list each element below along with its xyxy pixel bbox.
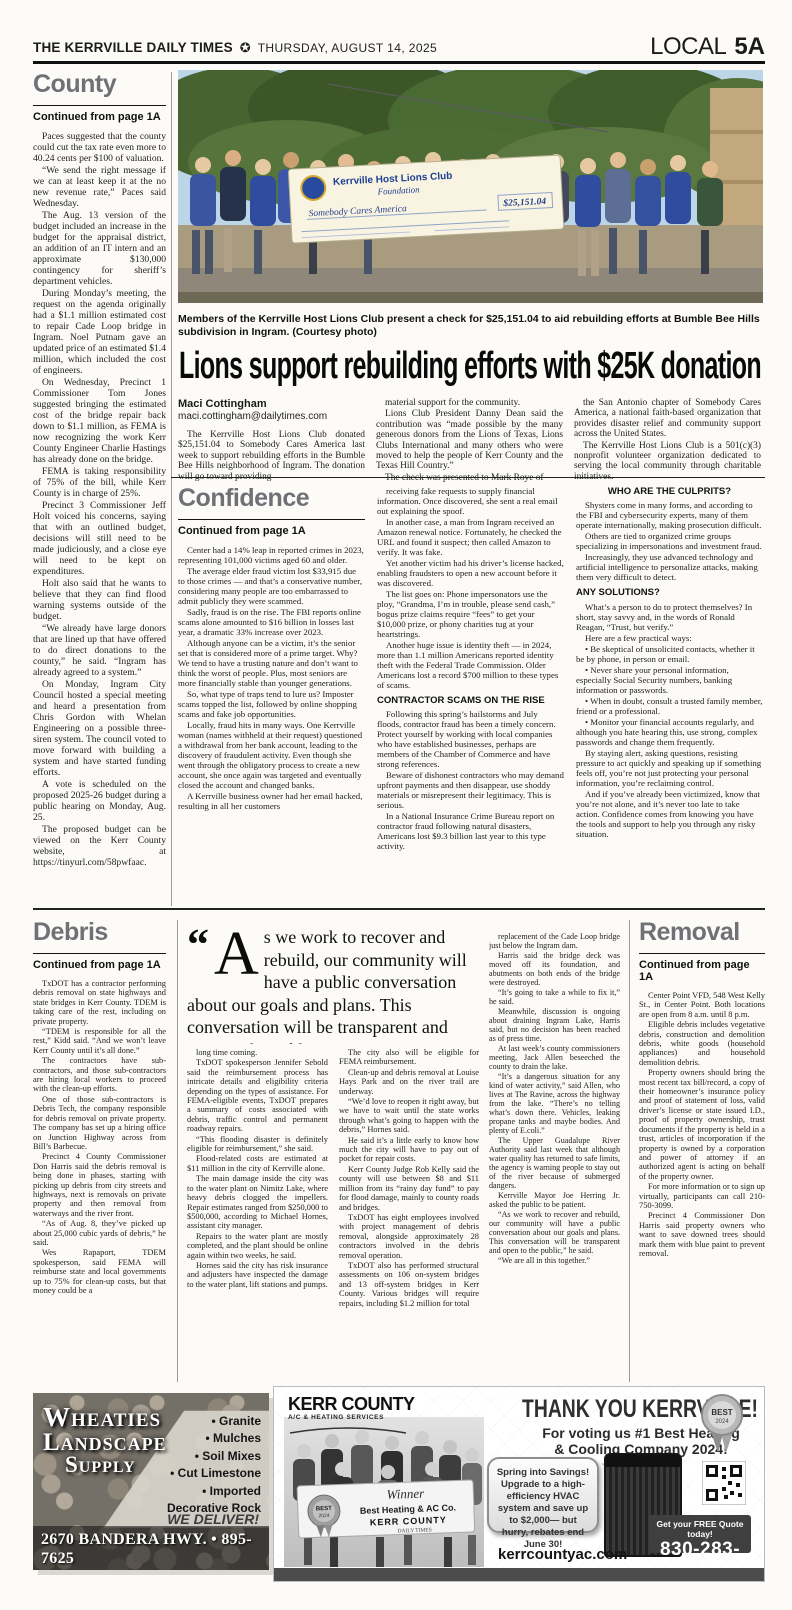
kerr-website-link[interactable]: kerrcountyac.com (498, 1547, 627, 1563)
wheaties-ad[interactable]: Wheaties Landscape Supply • Granite• Mul… (33, 1393, 269, 1570)
confidence-paragraph: • Be skeptical of unsolicited contacts, … (576, 644, 763, 664)
section-divider (171, 477, 765, 478)
qr-code[interactable] (702, 1461, 746, 1505)
removal-text: Center Point VFD, 548 West Kelly St., in… (639, 991, 765, 1258)
debris-paragraph: Kerr County Judge Rob Kelly said the cou… (339, 1165, 479, 1212)
confidence-col3-rest: What’s a person to do to protect themsel… (576, 602, 763, 839)
removal-title-rule (639, 953, 765, 954)
removal-paragraph: Precinct 4 Commissioner Don Harris said … (639, 1211, 765, 1258)
debris-paragraph: Flood-related costs are estimated at $11… (187, 1154, 328, 1173)
product-item: • Cut Limestone (143, 1465, 261, 1482)
confidence-col2-rest: Following this spring’s hailstorms and J… (377, 709, 564, 851)
banner-winner-text: Winner (386, 1486, 425, 1502)
debris-paragraph: Repairs to the water plant are mostly co… (187, 1232, 328, 1260)
debris-paragraph: “This flooding disaster is definitely el… (187, 1135, 328, 1154)
confidence-paragraph: Shysters come in many forms, and accordi… (576, 500, 763, 530)
confidence-col1-text: Center had a 14% leap in reported crimes… (178, 545, 365, 811)
county-title-rule (33, 105, 166, 106)
debris-paragraph: Harris said the bridge deck was moved of… (489, 951, 620, 987)
issue-date: THURSDAY, AUGUST 14, 2025 (258, 41, 437, 55)
photo-caption: Members of the Kerrville Host Lions Club… (178, 313, 763, 339)
county-paragraph: The Aug. 13 version of the budget includ… (33, 210, 166, 287)
removal-paragraph: Center Point VFD, 548 West Kelly St., in… (639, 991, 765, 1019)
confidence-paragraph: Increasingly, they use advanced technolo… (576, 552, 763, 582)
lions-col1: Maci Cottingham maci.cottingham@dailytim… (178, 398, 365, 494)
county-paragraph: The proposed budget can be viewed on the… (33, 824, 166, 868)
removal-paragraph: Eligible debris includes vegetative debr… (639, 1020, 765, 1067)
county-paragraph: On Wednesday, Precinct 1 Commissioner To… (33, 377, 166, 465)
kerr-team-photo: BEST 2024 Winner Best Heating & AC Co. K… (284, 1417, 484, 1567)
debris-paragraph: Wes Rapaport, TDEM spokesperson, said FE… (33, 1248, 166, 1295)
debris-paragraph: The main damage inside the city was to t… (187, 1174, 328, 1230)
debris-paragraph: The contractors have sub-contractors, an… (33, 1056, 166, 1094)
newspaper-page: THE KERRVILLE DAILY TIMES ✪ THURSDAY, AU… (0, 0, 792, 1610)
lions-col2: material support for the community.Lions… (376, 398, 563, 494)
kerr-ac-logo: KERR COUNTY A/C & HEATING SERVICES (288, 1395, 415, 1440)
confidence-paragraph: The average elder fraud victim lost $33,… (178, 566, 365, 606)
logo-swoosh (288, 1427, 408, 1435)
confidence-col2: receiving fake requests to supply financ… (377, 486, 564, 905)
removal-paragraph: For more information or to sign up virtu… (639, 1182, 765, 1210)
debris-col1-text: TxDOT has a contractor performing debris… (33, 979, 166, 1295)
page-number: 5A (734, 33, 765, 61)
wheaties-website-link[interactable]: Wheatcrafttx.com. (161, 1569, 253, 1570)
confidence-title: Confidence (178, 486, 365, 511)
confidence-paragraph: Locally, fraud hits in many ways. One Ke… (178, 720, 365, 790)
removal-article: Removal Continued from page 1A Center Po… (639, 920, 765, 1385)
debris-paragraph: “As of Aug. 8, they’ve picked up about 2… (33, 1219, 166, 1247)
debris-article: Debris Continued from page 1A TxDOT has … (33, 920, 166, 1385)
county-paragraph: Paces suggested that the county could cu… (33, 131, 166, 164)
county-paragraph: FEMA is taking responsibility of 75% of … (33, 466, 166, 499)
confidence-paragraph: • Never share your personal information,… (576, 665, 763, 695)
compass-star-icon: ✪ (240, 41, 251, 54)
confidence-col3-top: Shysters come in many forms, and accordi… (576, 500, 763, 582)
debris-paragraph: The city also will be eligible for FEMA … (339, 1048, 479, 1067)
headline-block: Lions support rebuilding efforts with $2… (178, 343, 763, 387)
promo-box: Spring into Savings! Upgrade to a high-e… (487, 1457, 599, 1533)
we-deliver-label: WE DELIVER! (167, 1511, 259, 1527)
confidence-paragraph: Center had a 14% leap in reported crimes… (178, 545, 365, 565)
debris-paragraph: “As we work to recover and rebuild, our … (489, 1210, 620, 1255)
lions-club-photo: Kerrville Host Lions Club Foundation Som… (178, 70, 763, 303)
kerr-ac-ad[interactable]: KERR COUNTY A/C & HEATING SERVICES (273, 1386, 765, 1582)
confidence-title-rule (178, 519, 365, 520)
free-quote-cta: Get your FREE Quote today! (651, 1519, 749, 1539)
debris-paragraph: Hornes said the city has risk insurance … (187, 1261, 328, 1289)
county-article: County Continued from page 1A Paces sugg… (33, 72, 166, 905)
debris-paragraph: long time coming. (187, 1048, 328, 1057)
masthead-rule (33, 61, 765, 64)
winner-banner: BEST 2024 Winner Best Heating & AC Co. K… (297, 1480, 475, 1538)
county-paragraph: On Monday, Ingram City Council hosted a … (33, 679, 166, 778)
debris-title: Debris (33, 920, 166, 945)
county-paragraph: “We send the right message if we can at … (33, 165, 166, 209)
debris-paragraph: Precinct 4 County Commissioner Don Harri… (33, 1152, 166, 1218)
product-item: • Granite (143, 1413, 261, 1430)
debris-paragraph: The Upper Guadalupe River Authority said… (489, 1136, 620, 1190)
byline-email[interactable]: maci.cottingham@dailytimes.com (178, 411, 365, 423)
county-paragraph: During Monday’s meeting, the request on … (33, 288, 166, 376)
county-title: County (33, 72, 166, 97)
confidence-paragraph: And if you’ve already been victimized, k… (576, 789, 763, 839)
lions-paragraph: material support for the community. (376, 398, 563, 408)
banner-badge-year: 2024 (318, 1513, 330, 1519)
debris-paragraph: Kerrville Mayor Joe Herring Jr. asked th… (489, 1191, 620, 1209)
confidence-paragraph: Sadly, fraud is on the rise. The FBI rep… (178, 607, 365, 637)
debris-paragraph: TxDOT also has performed structural asse… (339, 1261, 479, 1308)
confidence-paragraph: • Monitor your financial accounts regula… (576, 717, 763, 747)
removal-paragraph: Property owners should bring the most re… (639, 1068, 765, 1181)
check-amount: $25,151.04 (502, 196, 547, 209)
debris-paragraph: Meanwhile, discussion is ongoing about d… (489, 1007, 620, 1043)
confidence-paragraph: In a National Insurance Crime Bureau rep… (377, 811, 564, 851)
debris-paragraph: At last week’s county commissioners meet… (489, 1044, 620, 1071)
confidence-col1: Confidence Continued from page 1A Center… (178, 486, 365, 905)
confidence-paragraph: Although anyone can be a victim, it’s th… (178, 638, 365, 688)
kerr-logo-tagline: A/C & HEATING SERVICES (288, 1415, 415, 1422)
removal-title: Removal (639, 920, 765, 945)
open-quote-mark: “ (187, 932, 209, 958)
wheaties-products-list: • Granite• Mulches• Soil Mixes• Cut Lime… (143, 1413, 261, 1517)
debris-paragraph: TxDOT has eight employees involved with … (339, 1213, 479, 1260)
solutions-subhead: ANY SOLUTIONS? (576, 587, 763, 599)
product-item: • Soil Mixes (143, 1448, 261, 1465)
lions-col3: the San Antonio chapter of Somebody Care… (574, 398, 761, 494)
lions-paragraph: The Kerrville Host Lions Club is a 501(c… (574, 441, 761, 483)
banner-paper-text: DAILY TIMES (398, 1527, 432, 1534)
confidence-paragraph: • When in doubt, consult a trusted famil… (576, 696, 763, 716)
visit-text: Visit our website today at (41, 1569, 161, 1570)
paper-name: THE KERRVILLE DAILY TIMES (33, 40, 233, 55)
wheaties-footer: 2670 BANDERA HWY. • 895-7625 Visit our w… (33, 1526, 269, 1570)
lions-body: Maci Cottingham maci.cottingham@dailytim… (178, 398, 763, 494)
county-paragraph: Holt also said that he wants to believe … (33, 578, 166, 622)
county-continued: Continued from page 1A (33, 111, 166, 123)
confidence-paragraph: Here are a few practical ways: (576, 633, 763, 643)
debris-paragraph: TxDOT spokesperson Jennifer Sebold said … (187, 1058, 328, 1133)
debris-continued: Continued from page 1A (33, 959, 166, 971)
confidence-paragraph: receiving fake requests to supply financ… (377, 486, 564, 516)
wheaties-website-line: Visit our website today at Wheatcrafttx.… (41, 1568, 261, 1570)
confidence-col3: WHO ARE THE CULPRITS? Shysters come in m… (576, 486, 763, 905)
byline-name: Maci Cottingham (178, 398, 365, 411)
confidence-paragraph: Others are tied to organized crime group… (576, 531, 763, 551)
lions-paragraph: The Kerrville Host Lions Club donated $2… (178, 430, 365, 482)
column-divider (629, 920, 630, 1382)
removal-continued: Continued from page 1A (639, 959, 765, 983)
contractor-scams-subhead: CONTRACTOR SCAMS ON THE RISE (377, 695, 564, 707)
ad-bottom-bar (274, 1568, 764, 1581)
debris-paragraph: replacement of the Cade Loop bridge just… (489, 932, 620, 950)
debris-paragraph: He said it’s a little early to know how … (339, 1136, 479, 1164)
drop-cap: A (214, 930, 259, 978)
confidence-paragraph: A Kerrville business owner had her email… (178, 791, 365, 811)
lions-paragraph: The check was presented to Mark Roye of (376, 473, 563, 483)
column-divider (171, 72, 172, 906)
confidence-paragraph: What’s a person to do to protect themsel… (576, 602, 763, 632)
debris-paragraph: TxDOT has a contractor performing debris… (33, 979, 166, 1026)
confidence-article: Confidence Continued from page 1A Center… (178, 486, 763, 905)
debris-paragraph: One of those sub-contractors is Debris T… (33, 1095, 166, 1151)
debris-paragraph: “It’s going to take a while to fix it,” … (489, 988, 620, 1006)
lions-paragraph: the San Antonio chapter of Somebody Care… (574, 398, 761, 440)
county-paragraph: A vote is scheduled on the proposed 2025… (33, 779, 166, 823)
culprits-subhead: WHO ARE THE CULPRITS? (576, 486, 763, 498)
debris-paragraph: “We’d love to reopen it right away, but … (339, 1097, 479, 1135)
wheaties-address: 2670 BANDERA HWY. • 895-7625 (41, 1530, 261, 1568)
banner-badge-best: BEST (316, 1506, 333, 1513)
pull-quote: “ A s we work to recover and rebuild, ou… (187, 926, 478, 1044)
debris-col3-text: The city also will be eligible for FEMA … (339, 1048, 479, 1385)
debris-paragraph: “We are all in this together.” (489, 1256, 620, 1265)
confidence-paragraph: Following this spring’s hailstorms and J… (377, 709, 564, 769)
debris-col4-text: replacement of the Cade Loop bridge just… (489, 932, 620, 1385)
county-body: Paces suggested that the county could cu… (33, 131, 166, 868)
best-award-ribbon: BEST 2024 (696, 1391, 748, 1455)
debris-paragraph: “TDEM is responsible for all the rest,” … (33, 1027, 166, 1055)
debris-title-rule (33, 953, 166, 954)
confidence-paragraph: Yet another victim had his driver’s lice… (377, 558, 564, 588)
debris-paragraph: “It’s a dangerous situation for any kind… (489, 1072, 620, 1135)
lions-article: Kerrville Host Lions Club Foundation Som… (178, 70, 763, 494)
headline: Lions support rebuilding efforts with $2… (179, 345, 761, 387)
kerr-logo-name: KERR COUNTY (288, 1395, 415, 1413)
section-label: LOCAL 5A (650, 33, 765, 61)
column-divider (177, 920, 178, 1382)
confidence-continued: Continued from page 1A (178, 525, 365, 537)
confidence-col2-top: receiving fake requests to supply financ… (377, 486, 564, 690)
section-name: LOCAL (650, 33, 726, 61)
county-paragraph: “We already have large donors that are l… (33, 623, 166, 678)
badge-best-text: BEST (711, 1408, 732, 1417)
confidence-paragraph: Beware of dishonest contractors who may … (377, 770, 564, 810)
confidence-paragraph: By staying alert, asking questions, resi… (576, 748, 763, 788)
lions-paragraph: Lions Club President Danny Dean said the… (376, 409, 563, 471)
giant-check: Kerrville Host Lions Club Foundation Som… (288, 155, 564, 243)
debris-col2-text: long time coming.TxDOT spokesperson Jenn… (187, 1048, 328, 1385)
lions-col1-text: The Kerrville Host Lions Club donated $2… (178, 430, 365, 482)
bottom-section-divider (33, 908, 765, 910)
masthead: THE KERRVILLE DAILY TIMES ✪ THURSDAY, AU… (33, 40, 437, 55)
confidence-paragraph: The list goes on: Phone impersonators us… (377, 589, 564, 639)
product-item: • Mulches (143, 1430, 261, 1447)
confidence-paragraph: Another huge issue is identity theft — i… (377, 640, 564, 690)
confidence-paragraph: So, what type of traps tend to lure us? … (178, 689, 365, 719)
free-quote-box[interactable]: Get your FREE Quote today! 830-283-4410 (649, 1515, 751, 1553)
badge-year-text: 2024 (715, 1419, 729, 1425)
confidence-paragraph: In another case, a man from Ingram recei… (377, 517, 564, 557)
debris-paragraph: Clean-up and debris removal at Louise Ha… (339, 1068, 479, 1096)
county-paragraph: Precinct 3 Commissioner Jeff Holt voiced… (33, 500, 166, 577)
